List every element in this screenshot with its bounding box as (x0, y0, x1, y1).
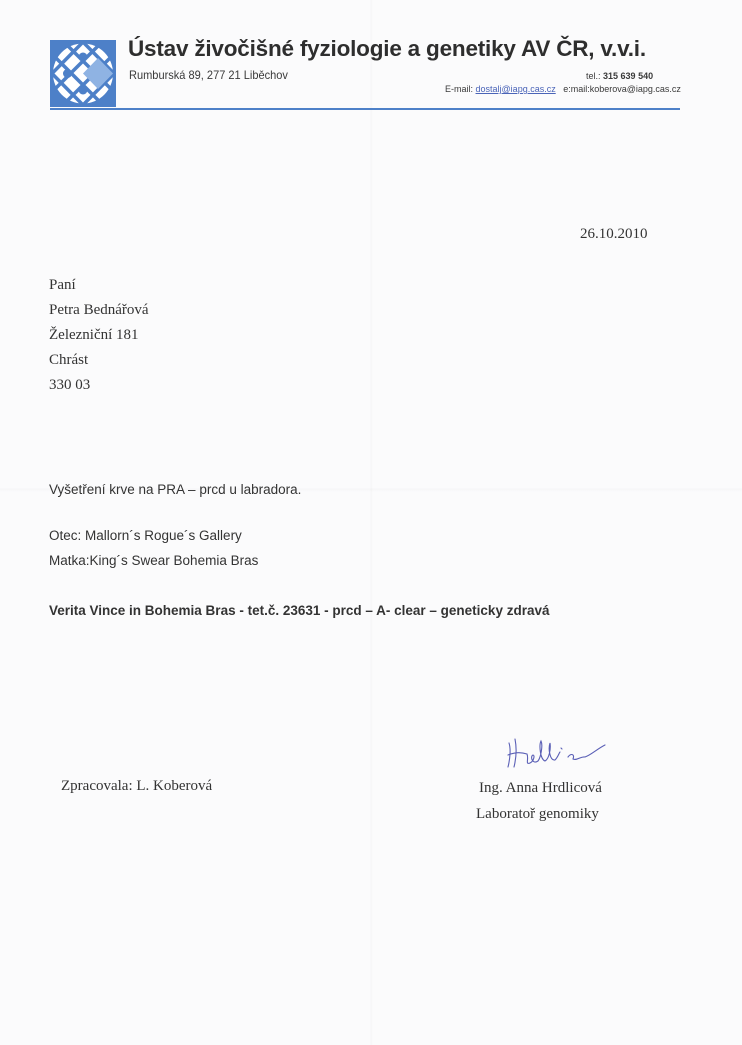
email-link-dostalj[interactable]: dostalj@iapg.cas.cz (476, 84, 556, 94)
header-divider (50, 108, 680, 110)
test-result: Verita Vince in Bohemia Bras - tet.č. 23… (49, 603, 549, 618)
mother-line: Matka:King´s Swear Bohemia Bras (49, 553, 258, 568)
processed-by: Zpracovala: L. Koberová (61, 778, 212, 795)
recipient-street: Železniční 181 (49, 327, 139, 344)
institute-logo-icon (50, 40, 116, 107)
signatory-department: Laboratoř genomiky (476, 806, 599, 823)
tel-number: 315 639 540 (603, 71, 653, 81)
email-2-label: e:mail: (563, 84, 590, 94)
tel-label: tel.: (586, 71, 601, 81)
letter-page: Ústav živočišné fyziologie a genetiky AV… (0, 0, 742, 1045)
recipient-name: Petra Bednářová (49, 302, 149, 319)
signature-icon (505, 735, 615, 771)
institution-address: Rumburská 89, 277 21 Liběchov (129, 68, 288, 82)
telephone: tel.: 315 639 540 (586, 71, 653, 81)
email-koberova: koberova@iapg.cas.cz (590, 84, 681, 94)
email-contacts: E-mail: dostalj@iapg.cas.cz e:mail:kober… (445, 84, 681, 94)
letter-date: 26.10.2010 (580, 226, 648, 243)
recipient-postcode: 330 03 (49, 377, 90, 394)
recipient-salutation: Paní (49, 277, 76, 294)
subject-line: Vyšetření krve na PRA – prcd u labradora… (49, 482, 301, 497)
recipient-city: Chrást (49, 352, 88, 369)
email-label: E-mail: (445, 84, 473, 94)
signatory-name: Ing. Anna Hrdlicová (479, 780, 602, 797)
father-line: Otec: Mallorn´s Rogue´s Gallery (49, 528, 242, 543)
institution-name: Ústav živočišné fyziologie a genetiky AV… (128, 36, 646, 62)
